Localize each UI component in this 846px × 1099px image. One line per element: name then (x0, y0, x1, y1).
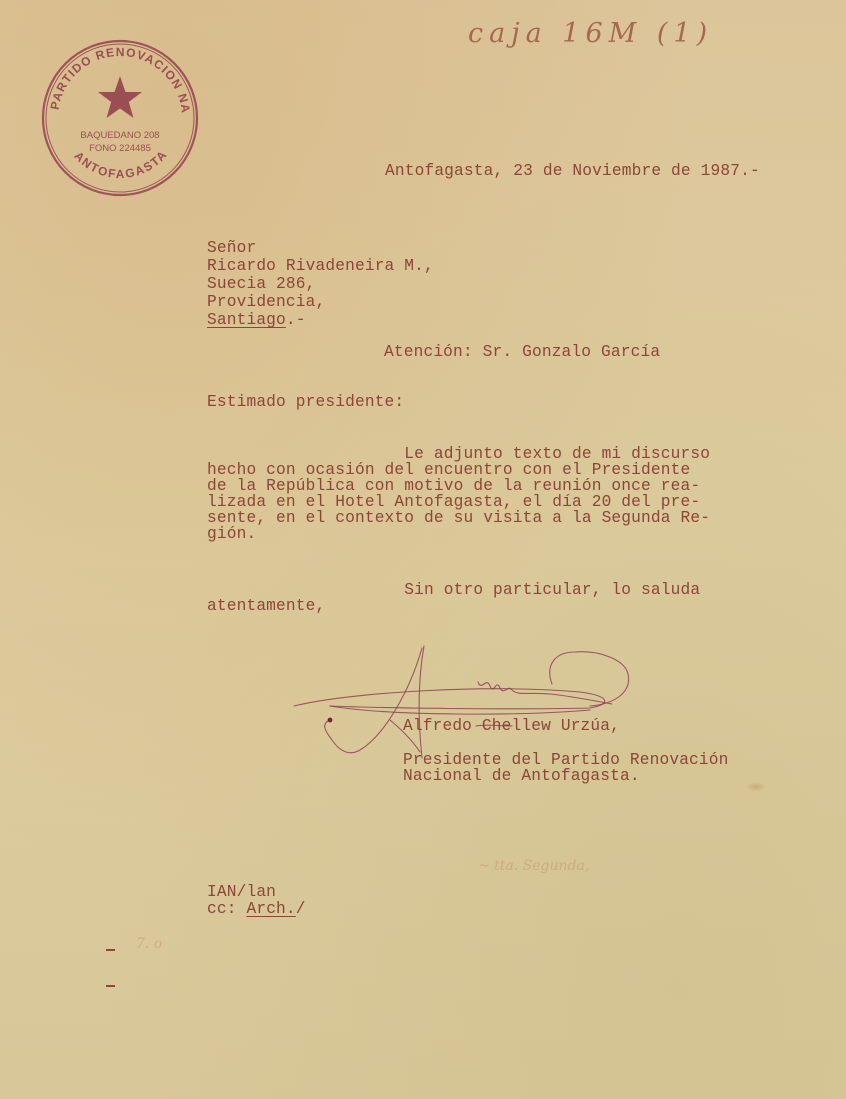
signatory-title-line2: Nacional de Antofagasta. (403, 768, 640, 784)
cc-mark: / (296, 900, 306, 918)
margin-mark (106, 985, 115, 987)
recipient-city: Santiago (207, 311, 286, 329)
attention-line: Atención: Sr. Gonzalo García (384, 344, 660, 360)
stamp-address: BAQUEDANO 208 (80, 130, 159, 141)
body-line: hecho con ocasión del encuentro con el P… (207, 462, 690, 478)
party-stamp: PARTIDO RENOVACION NACIONAL ANTOFAGASTA … (40, 38, 200, 198)
signatory-title-line1: Presidente del Partido Renovación (403, 752, 729, 768)
body-line: Le adjunto texto de mi discurso (207, 446, 710, 462)
recipient-city-suffix: .- (286, 311, 306, 329)
star-icon (98, 76, 142, 118)
recipient-title: Señor (207, 240, 256, 256)
cc-label: cc: (207, 900, 246, 918)
body-line: de la República con motivo de la reunión… (207, 478, 700, 494)
archive-note: caja 16M (1) (468, 18, 713, 49)
closing-line: atentamente, (207, 598, 325, 614)
faint-pencil-note: ~ tta. Segunda, (478, 858, 589, 874)
cc-line: cc: Arch./ (207, 901, 306, 917)
margin-mark (106, 949, 115, 951)
faint-pencil-note-left: 7. o (136, 936, 162, 952)
reference-initials: IAN/lan (207, 884, 276, 900)
body-line: lizada en el Hotel Antofagasta, el día 2… (207, 494, 700, 510)
paper-smudge (745, 782, 767, 792)
body-line: gión. (207, 526, 256, 542)
letter-page: caja 16M (1) PARTIDO RENOVACION NACIONAL… (0, 0, 846, 1099)
closing-line: Sin otro particular, lo saluda (207, 582, 700, 598)
recipient-district: Providencia, (207, 294, 325, 310)
signatory-name: Alfredo Chellew Urzúa, (403, 718, 620, 734)
greeting: Estimado presidente: (207, 394, 404, 410)
stamp-phone: FONO 224485 (89, 143, 151, 154)
recipient-name: Ricardo Rivadeneira M., (207, 258, 434, 274)
recipient-city-line: Santiago.- (207, 312, 306, 328)
cc-value: Arch. (246, 900, 295, 918)
date-line: Antofagasta, 23 de Noviembre de 1987.- (385, 163, 760, 179)
recipient-street: Suecia 286, (207, 276, 316, 292)
body-line: sente, en el contexto de su visita a la … (207, 510, 710, 526)
